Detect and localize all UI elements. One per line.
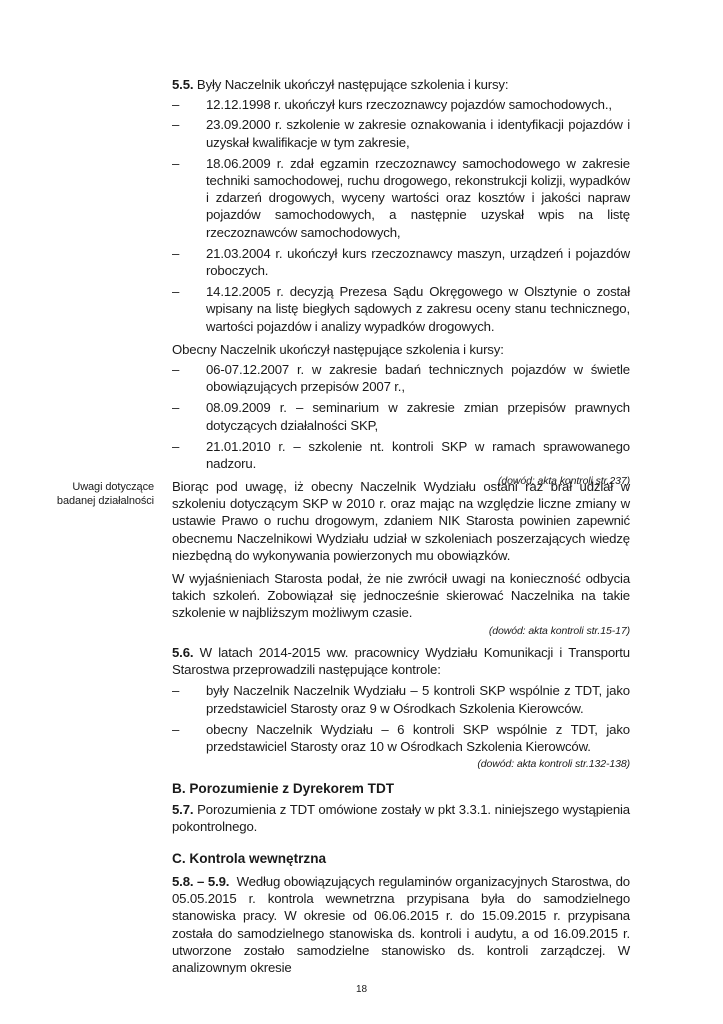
remarks-paragraph: W wyjaśnieniach Starosta podał, że nie z… — [172, 570, 630, 622]
dash-bullet: – — [172, 116, 179, 133]
section-number: 5.6. — [172, 645, 193, 660]
section-5-6-intro: 5.6. W latach 2014-2015 ww. pracownicy W… — [172, 644, 630, 678]
list-item: –18.06.2009 r. zdał egzamin rzeczoznawcy… — [172, 155, 630, 241]
evidence-note: (dowód: akta kontroli str.132-138) — [172, 757, 630, 771]
section-number: 5.5. — [172, 77, 193, 92]
section-c-text: 5.8. – 5.9. Według obowiązujących regula… — [172, 873, 630, 976]
list-item-text: 06-07.12.2007 r. w zakresie badań techni… — [206, 362, 630, 394]
intro-text: W latach 2014-2015 ww. pracownicy Wydzia… — [172, 645, 630, 677]
section-heading: C. Kontrola wewnętrzna — [172, 850, 630, 868]
list-item: –12.12.1998 r. ukończył kurs rzeczoznawc… — [172, 96, 630, 113]
dash-bullet: – — [172, 438, 179, 455]
body-text: Według obowiązujących regulaminów organi… — [172, 874, 634, 975]
section-b-text: 5.7. Porozumienia z TDT omówione zostały… — [172, 801, 630, 835]
section-5-6: 5.6. W latach 2014-2015 ww. pracownicy W… — [172, 644, 630, 771]
list-item-text: były Naczelnik Naczelnik Wydziału – 5 ko… — [206, 683, 630, 715]
remarks-section: Biorąc pod uwagę, iż obecny Naczelnik Wy… — [172, 478, 630, 638]
body-text: Porozumienia z TDT omówione zostały w pk… — [172, 802, 630, 834]
section-number: 5.8. – 5.9. — [172, 874, 229, 889]
section-heading: B. Porozumienie z Dyrekorem TDT — [172, 780, 630, 798]
intro-text: Były Naczelnik ukończył następujące szko… — [193, 77, 508, 92]
list-item: –06-07.12.2007 r. w zakresie badań techn… — [172, 361, 630, 395]
list-item-text: 21.03.2004 r. ukończył kurs rzeczoznawcy… — [206, 246, 630, 278]
dash-bullet: – — [172, 155, 179, 172]
remarks-paragraph: Biorąc pod uwagę, iż obecny Naczelnik Wy… — [172, 478, 630, 564]
document-page: 5.5. Były Naczelnik ukończył następujące… — [0, 0, 723, 1024]
list-item-text: 12.12.1998 r. ukończył kurs rzeczoznawcy… — [206, 97, 612, 112]
dash-bullet: – — [172, 682, 179, 699]
section-b: B. Porozumienie z Dyrekorem TDT 5.7. Por… — [172, 780, 630, 835]
list-item: –obecny Naczelnik Wydziału – 6 kontroli … — [172, 721, 630, 755]
evidence-note: (dowód: akta kontroli str.15-17) — [172, 624, 630, 638]
list-item: –14.12.2005 r. decyzją Prezesa Sądu Okrę… — [172, 283, 630, 335]
list-item-text: 14.12.2005 r. decyzją Prezesa Sądu Okręg… — [206, 284, 630, 333]
dash-bullet: – — [172, 361, 179, 378]
side-label-line: Uwagi dotyczące — [20, 480, 154, 494]
list-item-text: 18.06.2009 r. zdał egzamin rzeczoznawcy … — [206, 156, 630, 240]
section-c: C. Kontrola wewnętrzna 5.8. – 5.9. Wedłu… — [172, 850, 630, 976]
dash-bullet: – — [172, 399, 179, 416]
list-item: –21.03.2004 r. ukończył kurs rzeczoznawc… — [172, 245, 630, 279]
section-5-5: 5.5. Były Naczelnik ukończył następujące… — [172, 76, 630, 488]
list-item-text: 21.01.2010 r. – szkolenie nt. kontroli S… — [206, 439, 630, 471]
dash-bullet: – — [172, 721, 179, 738]
page-number: 18 — [0, 984, 723, 995]
section-5-5-intro: 5.5. Były Naczelnik ukończył następujące… — [172, 76, 630, 93]
list-item: –były Naczelnik Naczelnik Wydziału – 5 k… — [172, 682, 630, 716]
dash-bullet: – — [172, 283, 179, 300]
dash-bullet: – — [172, 96, 179, 113]
side-label: Uwagi dotyczące badanej działalności — [20, 480, 154, 508]
list-item: –21.01.2010 r. – szkolenie nt. kontroli … — [172, 438, 630, 472]
section-number: 5.7. — [172, 802, 193, 817]
list-item: –23.09.2000 r. szkolenie w zakresie ozna… — [172, 116, 630, 150]
current-intro: Obecny Naczelnik ukończył następujące sz… — [172, 341, 630, 358]
dash-bullet: – — [172, 245, 179, 262]
list-item: –08.09.2009 r. – seminarium w zakresie z… — [172, 399, 630, 433]
list-item-text: 08.09.2009 r. – seminarium w zakresie zm… — [206, 400, 630, 432]
list-item-text: 23.09.2000 r. szkolenie w zakresie oznak… — [206, 117, 630, 149]
side-label-line: badanej działalności — [20, 494, 154, 508]
list-item-text: obecny Naczelnik Wydziału – 6 kontroli S… — [206, 722, 630, 754]
